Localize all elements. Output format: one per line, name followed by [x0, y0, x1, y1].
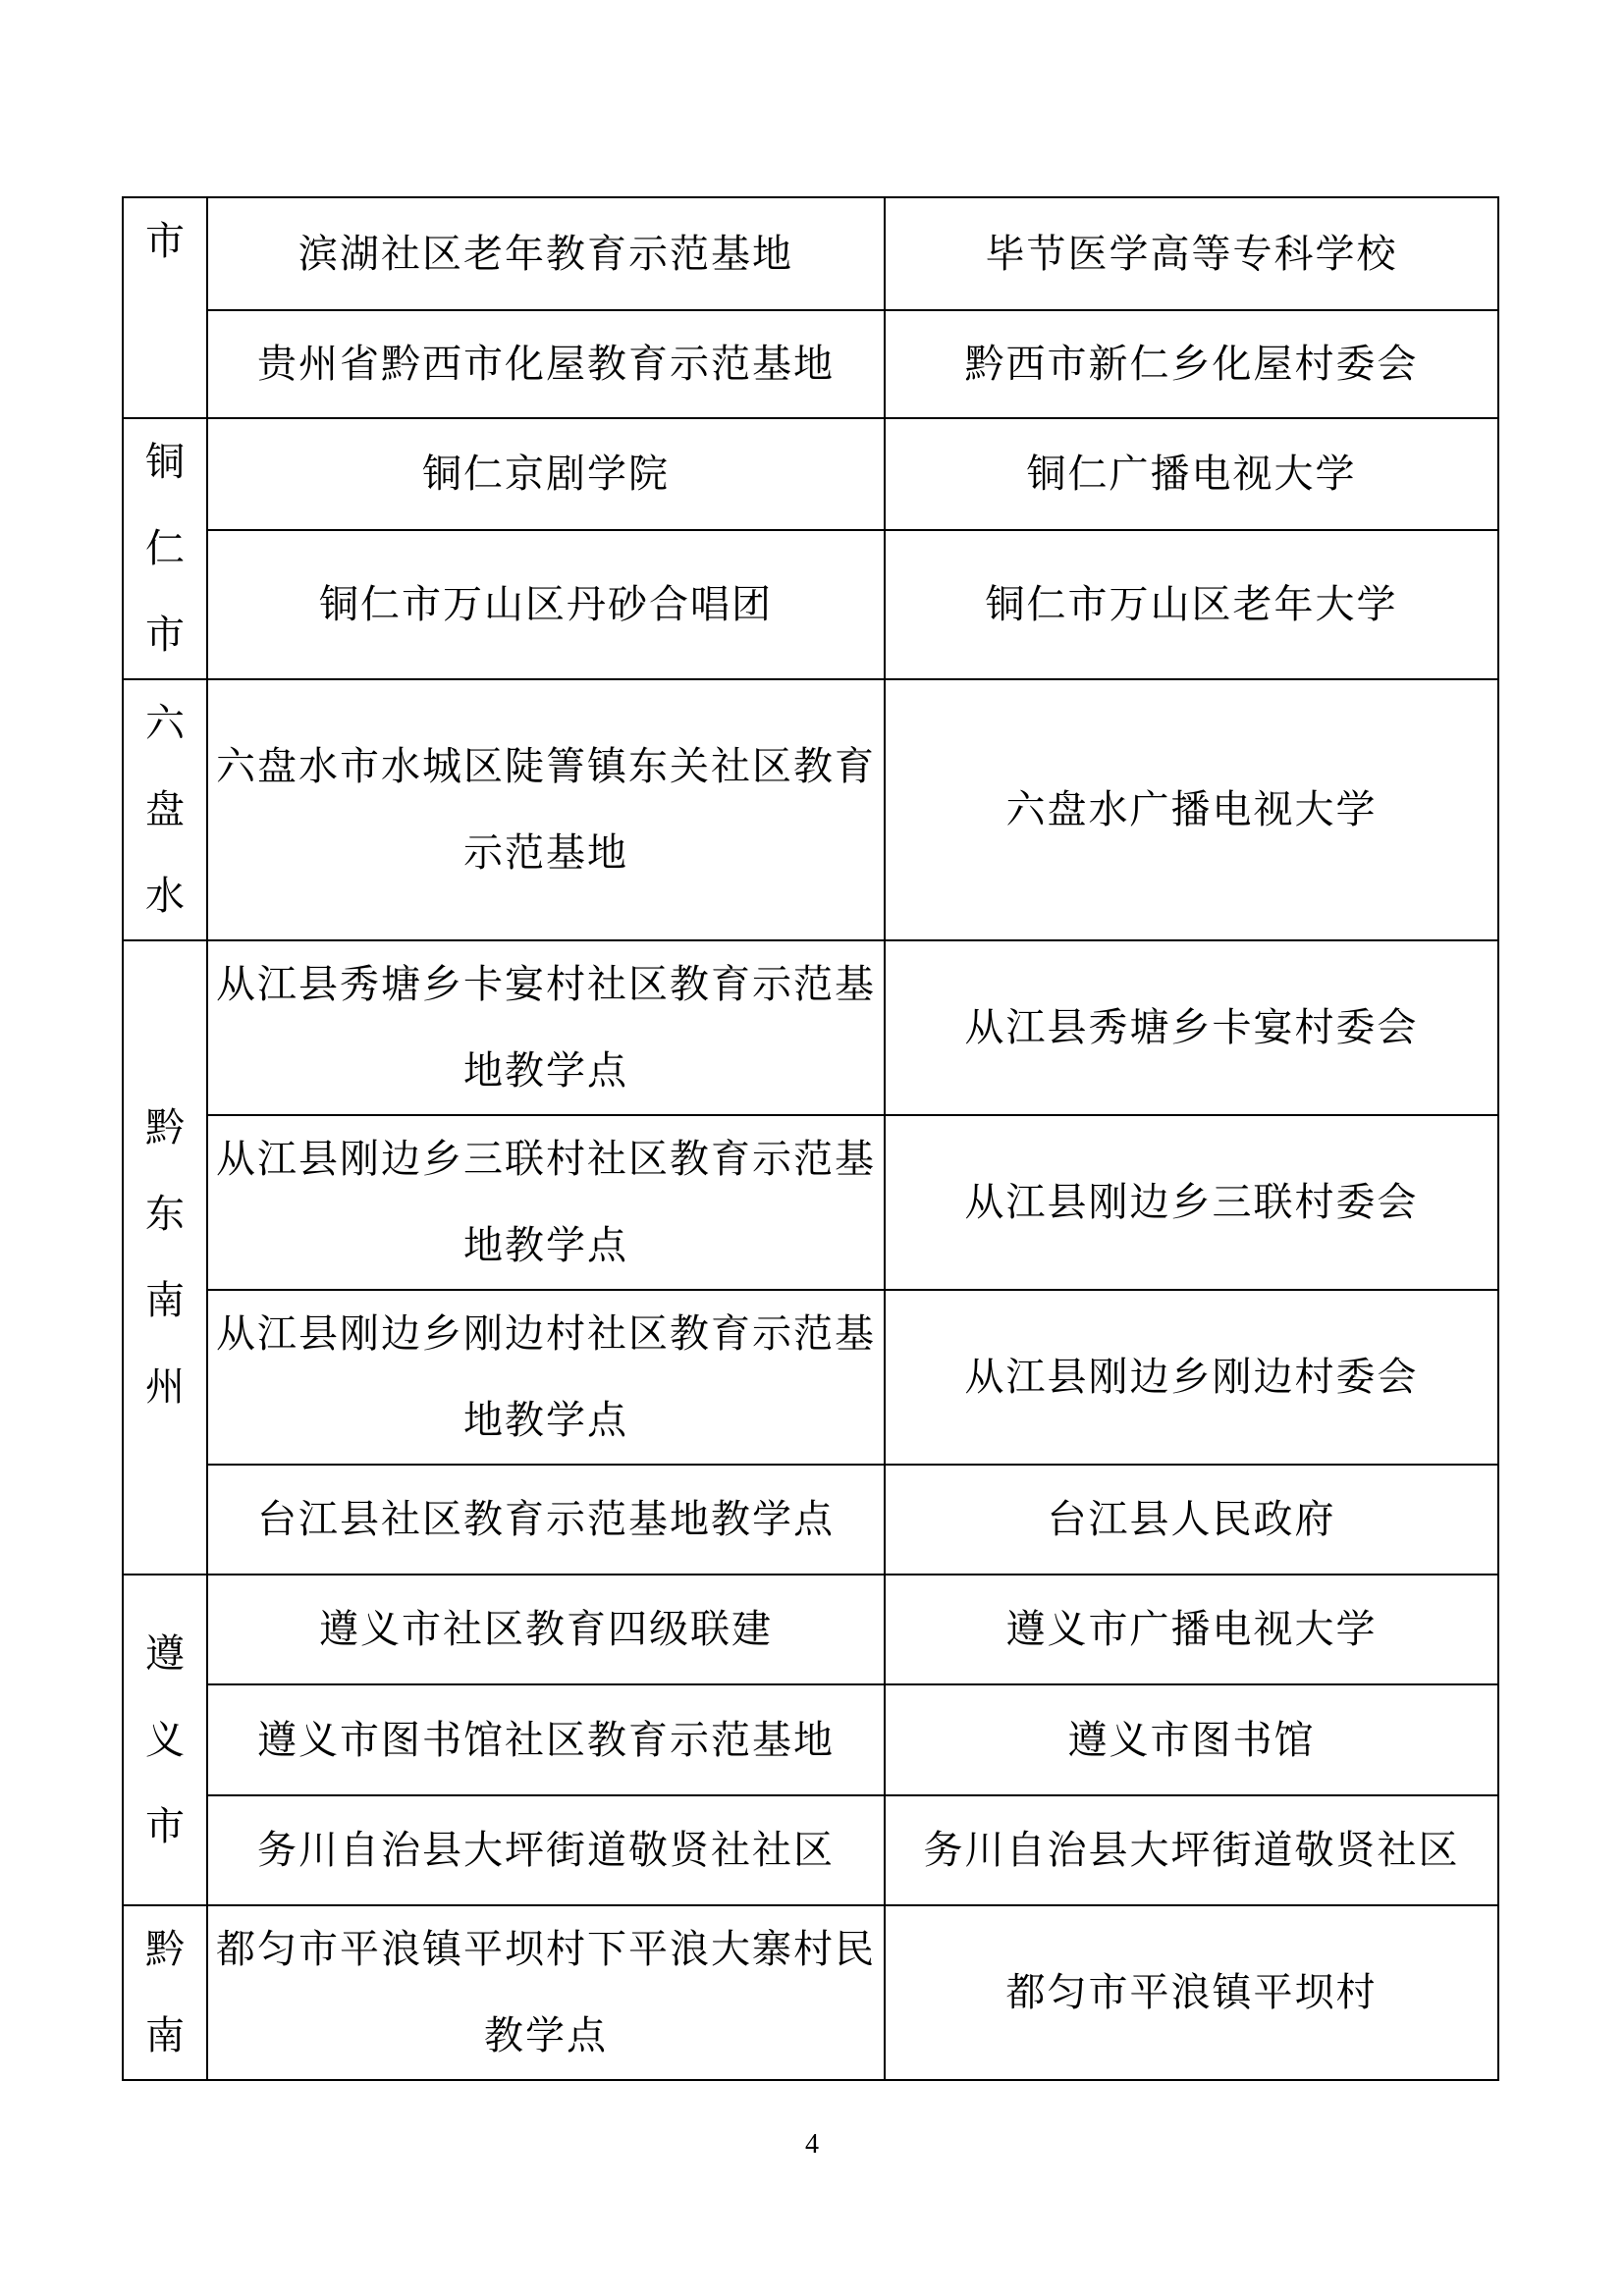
region-education-base-table: 市 滨湖社区老年教育示范基地 毕节医学高等专科学校 贵州省黔西市化屋教育示范基地… — [122, 196, 1499, 2081]
region-cell: 铜 仁 市 — [123, 418, 207, 679]
table-row: 黔 南 都匀市平浪镇平坝村下平浪大寨村民 教学点 都匀市平浪镇平坝村 — [123, 1905, 1498, 2080]
table-row: 台江县社区教育示范基地教学点 台江县人民政府 — [123, 1465, 1498, 1575]
base-name-cell: 从江县刚边乡刚边村社区教育示范基 地教学点 — [207, 1290, 885, 1465]
table-row: 遵 义 市 遵义市社区教育四级联建 遵义市广播电视大学 — [123, 1575, 1498, 1684]
page-number: 4 — [0, 2128, 1624, 2162]
table-row: 六 盘 水 六盘水市水城区陡箐镇东关社区教育 示范基地 六盘水广播电视大学 — [123, 679, 1498, 940]
region-cell: 六 盘 水 — [123, 679, 207, 940]
document-page: 市 滨湖社区老年教育示范基地 毕节医学高等专科学校 贵州省黔西市化屋教育示范基地… — [0, 0, 1624, 2296]
org-name-cell: 遵义市图书馆 — [885, 1684, 1498, 1795]
org-name-cell: 务川自治县大坪街道敬贤社区 — [885, 1795, 1498, 1905]
base-name-cell: 台江县社区教育示范基地教学点 — [207, 1465, 885, 1575]
table-row: 遵义市图书馆社区教育示范基地 遵义市图书馆 — [123, 1684, 1498, 1795]
region-cell: 黔 东 南 州 — [123, 940, 207, 1575]
base-name-cell: 遵义市社区教育四级联建 — [207, 1575, 885, 1684]
base-name-cell: 滨湖社区老年教育示范基地 — [207, 197, 885, 310]
org-name-cell: 从江县刚边乡三联村委会 — [885, 1115, 1498, 1290]
base-name-cell: 都匀市平浪镇平坝村下平浪大寨村民 教学点 — [207, 1905, 885, 2080]
base-name-cell: 铜仁市万山区丹砂合唱团 — [207, 530, 885, 679]
table-row: 铜 仁 市 铜仁京剧学院 铜仁广播电视大学 — [123, 418, 1498, 530]
org-name-cell: 铜仁市万山区老年大学 — [885, 530, 1498, 679]
table-row: 从江县刚边乡三联村社区教育示范基 地教学点 从江县刚边乡三联村委会 — [123, 1115, 1498, 1290]
region-cell: 市 — [123, 197, 207, 418]
org-name-cell: 六盘水广播电视大学 — [885, 679, 1498, 940]
base-name-cell: 贵州省黔西市化屋教育示范基地 — [207, 310, 885, 418]
org-name-cell: 从江县刚边乡刚边村委会 — [885, 1290, 1498, 1465]
table-row: 市 滨湖社区老年教育示范基地 毕节医学高等专科学校 — [123, 197, 1498, 310]
base-name-cell: 从江县刚边乡三联村社区教育示范基 地教学点 — [207, 1115, 885, 1290]
base-name-cell: 遵义市图书馆社区教育示范基地 — [207, 1684, 885, 1795]
region-cell: 黔 南 — [123, 1905, 207, 2080]
table-row: 务川自治县大坪街道敬贤社社区 务川自治县大坪街道敬贤社区 — [123, 1795, 1498, 1905]
org-name-cell: 都匀市平浪镇平坝村 — [885, 1905, 1498, 2080]
region-cell: 遵 义 市 — [123, 1575, 207, 1905]
org-name-cell: 遵义市广播电视大学 — [885, 1575, 1498, 1684]
base-name-cell: 务川自治县大坪街道敬贤社社区 — [207, 1795, 885, 1905]
base-name-cell: 从江县秀塘乡卡宴村社区教育示范基 地教学点 — [207, 940, 885, 1115]
base-name-cell: 六盘水市水城区陡箐镇东关社区教育 示范基地 — [207, 679, 885, 940]
org-name-cell: 毕节医学高等专科学校 — [885, 197, 1498, 310]
org-name-cell: 铜仁广播电视大学 — [885, 418, 1498, 530]
org-name-cell: 台江县人民政府 — [885, 1465, 1498, 1575]
org-name-cell: 从江县秀塘乡卡宴村委会 — [885, 940, 1498, 1115]
table-row: 铜仁市万山区丹砂合唱团 铜仁市万山区老年大学 — [123, 530, 1498, 679]
base-name-cell: 铜仁京剧学院 — [207, 418, 885, 530]
table-row: 黔 东 南 州 从江县秀塘乡卡宴村社区教育示范基 地教学点 从江县秀塘乡卡宴村委… — [123, 940, 1498, 1115]
org-name-cell: 黔西市新仁乡化屋村委会 — [885, 310, 1498, 418]
table-row: 从江县刚边乡刚边村社区教育示范基 地教学点 从江县刚边乡刚边村委会 — [123, 1290, 1498, 1465]
table-row: 贵州省黔西市化屋教育示范基地 黔西市新仁乡化屋村委会 — [123, 310, 1498, 418]
